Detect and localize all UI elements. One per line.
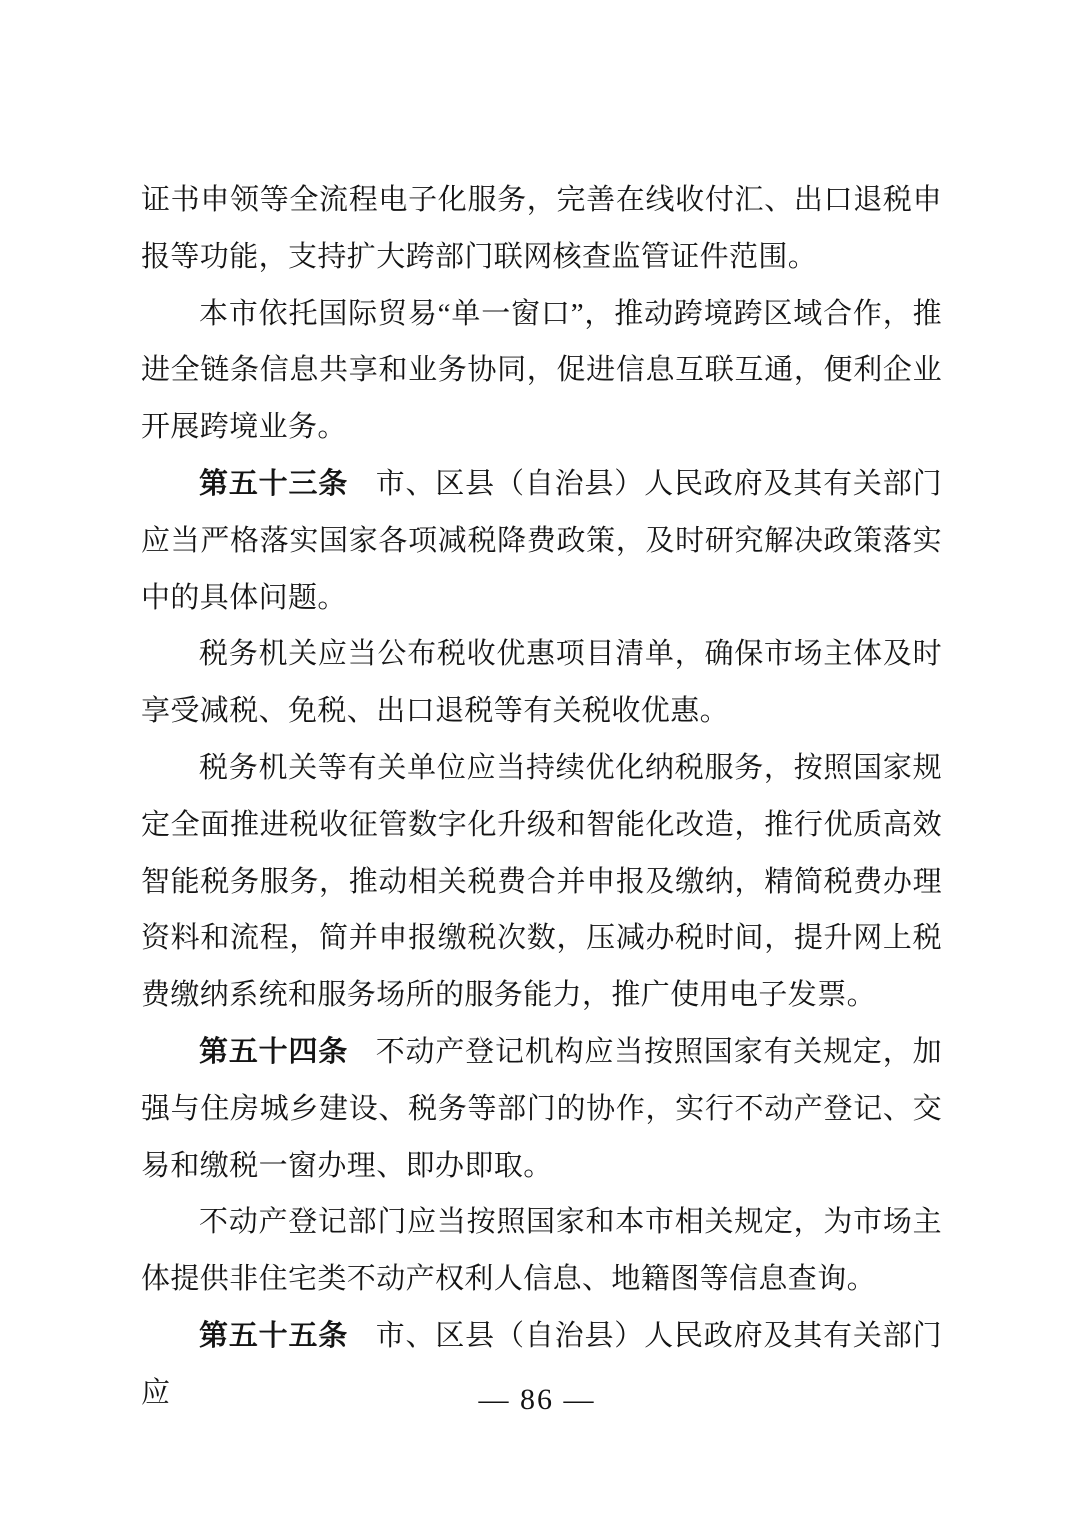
document-page: 证书申领等全流程电子化服务，完善在线收付汇、出口退税申报等功能，支持扩大跨部门联… [0,0,1074,1520]
paragraph-text: 税务机关应当公布税收优惠项目清单，确保市场主体及时享受减税、免税、出口退税等有关… [141,638,942,727]
paragraph-text: 不动产登记部门应当按照国家和本市相关规定，为市场主体提供非住宅类不动产权利人信息… [141,1206,942,1295]
text-block: 证书申领等全流程电子化服务，完善在线收付汇、出口退税申报等功能，支持扩大跨部门联… [141,172,942,1422]
paragraph: 税务机关应当公布税收优惠项目清单，确保市场主体及时享受减税、免税、出口退税等有关… [141,626,942,740]
article-number: 第五十五条 [199,1320,348,1352]
paragraph-text: 证书申领等全流程电子化服务，完善在线收付汇、出口退税申报等功能，支持扩大跨部门联… [141,184,942,273]
paragraph: 第五十四条不动产登记机构应当按照国家有关规定，加强与住房城乡建设、税务等部门的协… [141,1024,942,1194]
paragraph-text: 税务机关等有关单位应当持续优化纳税服务，按照国家规定全面推进税收征管数字化升级和… [141,752,942,1011]
paragraph-text: 本市依托国际贸易“单一窗口”，推动跨境跨区域合作，推进全链条信息共享和业务协同，… [141,298,942,444]
paragraph: 第五十三条市、区县（自治县）人民政府及其有关部门应当严格落实国家各项减税降费政策… [141,456,942,626]
paragraph: 税务机关等有关单位应当持续优化纳税服务，按照国家规定全面推进税收征管数字化升级和… [141,740,942,1024]
page-number: — 86 — [0,1383,1074,1417]
article-number: 第五十四条 [199,1036,348,1068]
article-number: 第五十三条 [199,468,348,500]
paragraph: 证书申领等全流程电子化服务，完善在线收付汇、出口退税申报等功能，支持扩大跨部门联… [141,172,942,286]
paragraph: 本市依托国际贸易“单一窗口”，推动跨境跨区域合作，推进全链条信息共享和业务协同，… [141,286,942,456]
paragraph: 不动产登记部门应当按照国家和本市相关规定，为市场主体提供非住宅类不动产权利人信息… [141,1194,942,1308]
